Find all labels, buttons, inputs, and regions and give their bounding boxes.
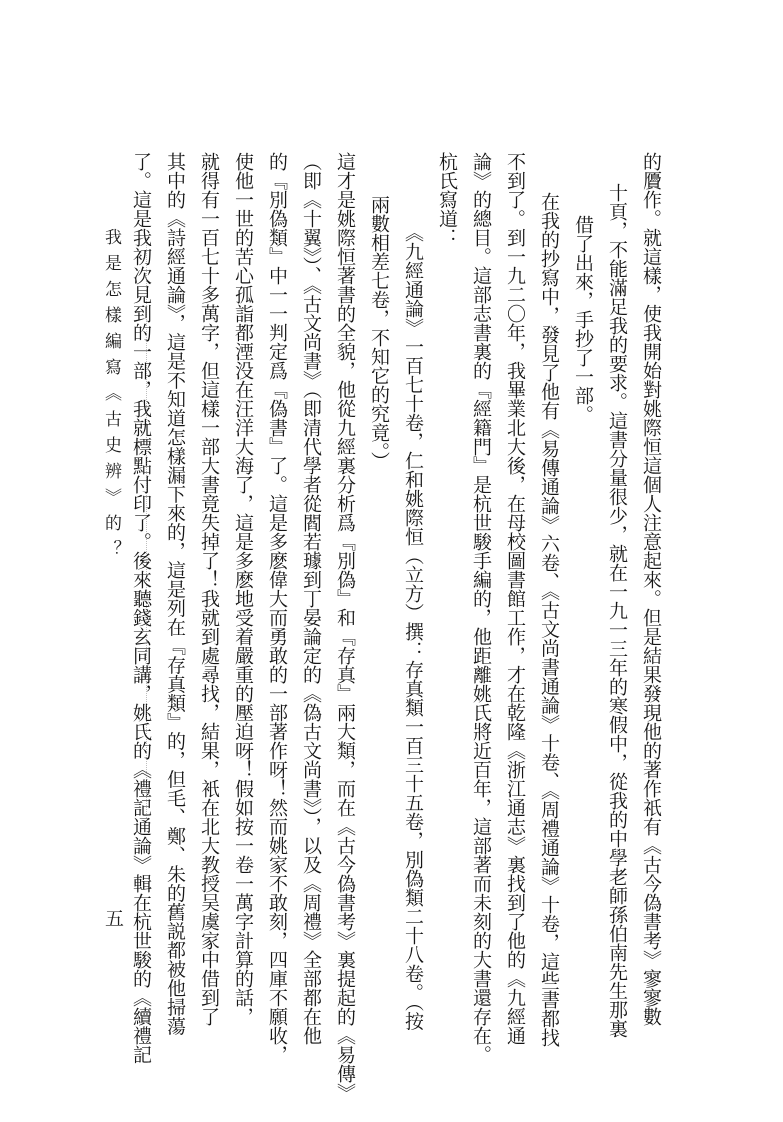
text-column-7: 杭氏寫道： — [429, 152, 463, 1070]
page-number: 五 — [105, 904, 124, 931]
text-column-1: 的贗作。就這樣，使我開始對姚際恒這個人注意起來。但是結果發現他的著作祇有《古今偽… — [633, 152, 667, 1070]
text-column-14: 就得有一百七十多萬字，但這樣一部大書竟失掉了！我就到處尋找，結果，衹在北大教授吴… — [191, 152, 225, 1070]
main-text-block: 的贗作。就這樣，使我開始對姚際恒這個人注意起來。但是結果發現他的著作祇有《古今偽… — [123, 152, 667, 1070]
text-column-11: （即《十翼》）、《古文尚書》（即清代學者從閻若璩到丁晏論定的《偽古文尚書》），以… — [293, 152, 327, 1070]
text-column-2: 十頁，不能滿足我的要求。這書分量很少，就在一九一三年的寒假中，從我的中學老師孫伯… — [599, 152, 633, 1070]
running-title: 我是怎樣編寫《古史辨》的？ — [99, 228, 124, 566]
text-column-15: 其中的《詩經通論》，這是不知道怎樣漏下來的，這是列在『存真類』的，但毛、鄭、朱的… — [157, 152, 191, 1070]
text-column-12: 的『別偽類』中一一判定爲『偽書』了。這是多麽偉大而勇敢的一部著作呀！然而姚家不敢… — [259, 152, 293, 1070]
text-column-5: 不到了。到一九二〇年，我畢業北大後，在母校圖書館工作，才在乾隆《浙江通志》裏找到… — [497, 152, 531, 1070]
book-page: 的贗作。就這樣，使我開始對姚際恒這個人注意起來。但是結果發現他的著作祇有《古今偽… — [0, 0, 783, 1122]
text-column-10: 這才是姚際恒著書的全貌，他從九經裏分析爲『別偽』和『存真』兩大類，而在《古今偽書… — [327, 152, 361, 1070]
text-column-3: 借了出來，手抄了一部。 — [565, 152, 599, 1070]
text-column-9-quote: 兩數相差七卷，不知它的究竟。） — [361, 152, 395, 1070]
text-column-16: 了。這是我初次見到的一部，我就標點付印了。後來聽錢玄同講，姚氏的《禮記通論》輯在… — [123, 152, 157, 1070]
text-column-8-quote: 《九經通論》一百七十卷，仁和姚際恒（立方）撰：存真類一百三十五卷，別偽類二十八卷… — [395, 152, 429, 1070]
text-column-13: 使他一世的苦心孤詣都湮没在汪洋大海了，這是多麽地受着嚴重的壓迫呀！假如按一卷一萬… — [225, 152, 259, 1070]
text-column-6: 論》的總目。這部志書裏的『經籍門』是杭世駿手編的，他距離姚氏將近百年，這部著而未… — [463, 152, 497, 1070]
text-column-4: 在我的抄寫中，發見了他有《易傳通論》六卷、《古文尚書通論》十卷、《周禮通論》十卷… — [531, 152, 565, 1070]
fold-line — [146, 238, 147, 818]
